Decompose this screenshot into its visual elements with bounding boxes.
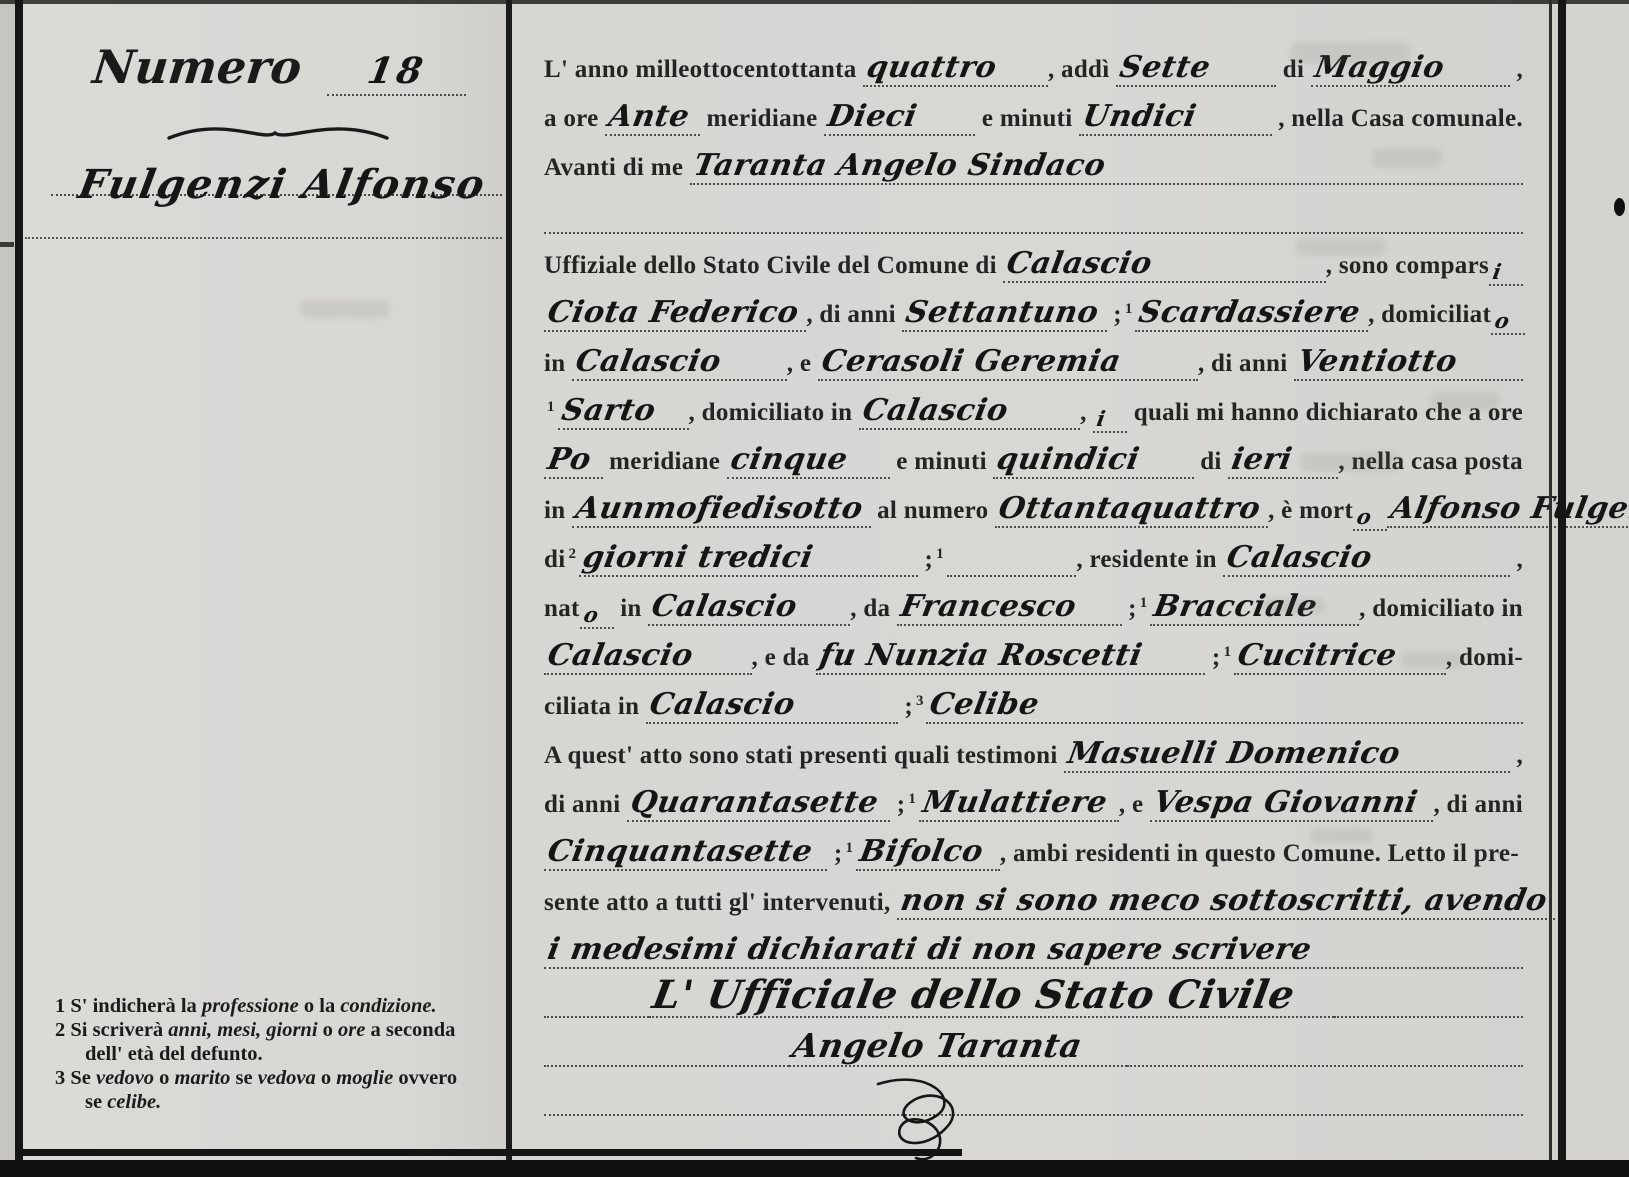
- handwritten-entry: L' Ufficiale dello Stato Civile: [649, 974, 1334, 1018]
- act-line: Ciota Federico, di anni Settantuno ;1Sca…: [544, 283, 1523, 332]
- ink-text: Cerasoli Geremia: [819, 345, 1124, 379]
- act-line: 1Sarto, domiciliato in Calascio, i quali…: [544, 381, 1523, 430]
- bleedthrough-smudge: [1300, 452, 1400, 472]
- handwritten-entry: Cinquantasette: [544, 835, 827, 871]
- printed-text: meridiane: [700, 105, 824, 136]
- footnote-line: 1 S' indicherà la professione o la condi…: [55, 994, 493, 1018]
- printed-text: , addì: [1048, 56, 1116, 87]
- ink-blot: [1614, 198, 1625, 216]
- act-line: a ore Ante meridiane Dieci e minuti Undi…: [544, 87, 1523, 136]
- ink-text: fu Nunzia Roscetti: [817, 639, 1145, 673]
- printed-text: , domiciliat: [1368, 301, 1491, 332]
- footnote-text: S' indicherà la: [70, 995, 202, 1017]
- handwritten-letter: i: [1093, 408, 1127, 433]
- printed-text: ciliata in: [544, 693, 646, 724]
- bleedthrough-smudge: [1400, 652, 1464, 668]
- handwritten-entry: quattro: [863, 51, 1048, 87]
- handwritten-entry: Ante: [605, 100, 700, 136]
- ink-text: Alfonso Fulgenzi: [1388, 492, 1629, 526]
- ink-text: Angelo Taranta: [790, 1027, 1086, 1065]
- ink-text: Calascio: [647, 688, 798, 722]
- printed-text: al numero: [871, 497, 995, 528]
- handwritten-entry: Masuelli Domenico: [1064, 737, 1510, 773]
- handwritten-entry: Calascio: [648, 590, 850, 626]
- printed-text: , e: [787, 350, 818, 381]
- footnote-text: se: [85, 1091, 107, 1113]
- ink-text: Ottantaquattro: [996, 492, 1263, 526]
- bottom-border-band: [0, 1160, 1629, 1177]
- handwritten-entry: Dieci: [824, 100, 975, 136]
- footnote-marker: 1: [842, 840, 856, 857]
- footnote-line: se celibe.: [55, 1090, 493, 1114]
- handwritten-letter: i: [1489, 261, 1523, 286]
- ink-text: Ciota Federico: [545, 296, 801, 330]
- left-border-line: [15, 0, 23, 1160]
- footnote-text: anni, mesi, giorni: [168, 1019, 317, 1041]
- handwritten-entry: Settantuno: [902, 296, 1106, 332]
- ink-text: Undici: [1080, 100, 1199, 134]
- printed-text: di anni: [544, 791, 627, 822]
- footnote-text: moglie: [336, 1067, 393, 1089]
- handwritten-entry: giorni tredici: [579, 541, 918, 577]
- handwritten-entry: fu Nunzia Roscetti: [816, 639, 1205, 675]
- footnote-text: Se: [70, 1067, 96, 1089]
- printed-text: , di anni: [1198, 350, 1294, 381]
- handwritten-entry: Sette: [1116, 51, 1276, 87]
- printed-text: ;: [890, 791, 905, 822]
- handwritten-entry: Quarantasette: [627, 786, 890, 822]
- act-line: sente atto a tutti gl' intervenuti, non …: [544, 871, 1523, 920]
- dotted-leader: [1127, 1065, 1523, 1067]
- footnote-marker: 1: [544, 399, 558, 416]
- printed-text: ;: [918, 546, 933, 577]
- printed-text: e minuti: [975, 105, 1079, 136]
- printed-text: , residente in: [1076, 546, 1223, 577]
- dotted-leader: [544, 1065, 789, 1067]
- act-line: in Calascio, e Cerasoli Geremia, di anni…: [544, 332, 1523, 381]
- footnote-text: celibe.: [107, 1091, 161, 1113]
- footnote-number: 1: [55, 995, 70, 1017]
- ink-text: i medesimi dichiarati di non sapere scri…: [545, 933, 1314, 967]
- ink-text: Cinquantasette: [545, 835, 815, 869]
- ink-text: non si sono meco sottoscritti, avendo: [898, 884, 1550, 918]
- handwritten-entry: Calascio: [646, 688, 898, 724]
- footnote-text: o: [154, 1067, 175, 1089]
- ink-text: o: [1493, 310, 1511, 332]
- ink-text: Taranta Angelo Sindaco: [691, 149, 1108, 183]
- act-line: di2giorni tredici ;1, residente in Calas…: [544, 528, 1523, 577]
- footnote-line: 3 Se vedovo o marito se vedova o moglie …: [55, 1066, 493, 1090]
- ink-text: Scardassiere: [1136, 296, 1363, 330]
- act-line: Angelo Taranta: [544, 1018, 1523, 1067]
- right-border-line-outer: [1558, 0, 1566, 1177]
- handwritten-entry: Calascio: [1223, 541, 1509, 577]
- handwritten-entry: Aunmofiedisotto: [572, 492, 871, 528]
- ink-text: giorni tredici: [580, 541, 816, 575]
- margin-column: Numero 18 Fulgenzi Alfonso 1 S' indicher…: [23, 0, 506, 1160]
- printed-text: L' anno milleottocentottanta: [544, 56, 863, 87]
- printed-text: sente atto a tutti gl' intervenuti,: [544, 889, 897, 920]
- bleedthrough-smudge: [1290, 42, 1410, 64]
- handwritten-entry: quindici: [993, 443, 1193, 479]
- printed-text: , di anni: [1433, 791, 1523, 822]
- footnote-marker: 1: [905, 791, 919, 808]
- printed-text: Uffiziale dello Stato Civile del Comune …: [544, 252, 1003, 283]
- handwritten-entry: Angelo Taranta: [789, 1027, 1128, 1067]
- record-name-line: Fulgenzi Alfonso: [51, 128, 502, 196]
- handwritten-entry: Vespa Giovanni: [1150, 786, 1434, 822]
- footnote-text: a seconda: [365, 1019, 455, 1041]
- ink-text: Sarto: [559, 394, 658, 428]
- page-left-edge: [0, 0, 15, 1177]
- ink-text: Settantuno: [903, 296, 1101, 330]
- ink-text: Ventiotto: [1295, 345, 1460, 379]
- ink-text: Masuelli Domenico: [1065, 737, 1403, 771]
- ink-text: Vespa Giovanni: [1151, 786, 1420, 820]
- footnote-text: o: [316, 1067, 337, 1089]
- printed-text: meridiane: [603, 448, 727, 479]
- bleedthrough-smudge: [300, 300, 390, 318]
- ink-text: i: [1491, 261, 1503, 283]
- handwritten-entry: non si sono meco sottoscritti, avendo: [897, 884, 1555, 920]
- act-line: nato in Calascio, da Francesco ;1Braccia…: [544, 577, 1523, 626]
- edge-mark: [0, 242, 14, 247]
- printed-text: in: [614, 595, 649, 626]
- footnote-marker: 1: [1221, 644, 1235, 661]
- ink-text: Celibe: [927, 688, 1042, 722]
- footnote-text: vedova: [258, 1067, 316, 1089]
- numero-row: Numero 18: [23, 0, 506, 96]
- ink-text: o: [1355, 506, 1373, 528]
- ink-text: i: [1095, 408, 1107, 430]
- handwritten-entry: Scardassiere: [1135, 296, 1368, 332]
- act-line: i medesimi dichiarati di non sapere scri…: [544, 920, 1523, 969]
- footnote-text: o la: [299, 995, 341, 1017]
- bleedthrough-smudge: [1310, 828, 1374, 844]
- handwritten-entry: Po: [544, 443, 603, 479]
- act-line: in Aunmofiedisotto al numero Ottantaquat…: [544, 479, 1523, 528]
- handwritten-entry: Ottantaquattro: [995, 492, 1268, 528]
- printed-text: , di anni: [806, 301, 902, 332]
- ink-text: Cucitrice: [1235, 639, 1399, 673]
- bleedthrough-smudge: [1430, 392, 1500, 410]
- ink-text: Ante: [606, 100, 692, 134]
- page-right-edge: [1566, 0, 1629, 1177]
- printed-text: ;: [1122, 595, 1137, 626]
- handwritten-entry: Undici: [1079, 100, 1272, 136]
- bleedthrough-smudge: [1372, 148, 1442, 168]
- ink-text: Calascio: [649, 590, 800, 624]
- ink-text: quindici: [994, 443, 1142, 477]
- column-divider-line: [506, 0, 512, 1160]
- footnotes-block: 1 S' indicherà la professione o la condi…: [55, 994, 493, 1114]
- footnote-number: 3: [55, 1067, 70, 1089]
- act-line: ciliata in Calascio ;3Celibe: [544, 675, 1523, 724]
- ink-text: Francesco: [898, 590, 1079, 624]
- ink-text: Sette: [1117, 51, 1213, 85]
- printed-text: , domiciliato in: [1359, 595, 1523, 626]
- printed-text: , domiciliato in: [689, 399, 859, 430]
- printed-text: di: [544, 546, 565, 577]
- ink-text: Bifolco: [857, 835, 986, 869]
- dotted-leader: [544, 1016, 649, 1018]
- ink-text: L' Ufficiale dello Stato Civile: [649, 974, 1298, 1016]
- bleedthrough-smudge: [1296, 238, 1386, 256]
- act-line: [544, 185, 1523, 234]
- handwritten-entry: i medesimi dichiarati di non sapere scri…: [544, 933, 1523, 969]
- printed-text: , e: [1119, 791, 1150, 822]
- printed-text: ,: [1510, 546, 1523, 577]
- handwritten-entry: cinque: [727, 443, 890, 479]
- footnote-marker: 2: [565, 546, 579, 563]
- act-line: Calascio, e da fu Nunzia Roscetti ;1Cuci…: [544, 626, 1523, 675]
- act-line: A quest' atto sono stati presenti quali …: [544, 724, 1523, 773]
- printed-text: ;: [1107, 301, 1122, 332]
- right-border-line-inner: [1549, 0, 1552, 1177]
- act-line: L' Ufficiale dello Stato Civile: [544, 969, 1523, 1018]
- footnote-box-border: [15, 1149, 962, 1156]
- dotted-leader: [1334, 1016, 1523, 1018]
- act-line: di anni Quarantasette ;1Mulattiere, e Ve…: [544, 773, 1523, 822]
- printed-text: in: [544, 350, 572, 381]
- footnote-number: 2: [55, 1019, 70, 1041]
- footnote-line: dell' età del defunto.: [55, 1042, 493, 1066]
- printed-text: di: [1194, 448, 1229, 479]
- footnote-text: marito: [175, 1067, 231, 1089]
- dotted-leader: [947, 575, 1077, 577]
- printed-text: Avanti di me: [544, 154, 690, 185]
- death-record-page: Numero 18 Fulgenzi Alfonso 1 S' indicher…: [0, 0, 1629, 1177]
- footnote-text: dell' età del defunto.: [85, 1043, 263, 1065]
- handwritten-entry: Ventiotto: [1294, 345, 1523, 381]
- handwritten-letter: o: [580, 604, 614, 629]
- act-line: Cinquantasette ;1Bifolco, ambi residenti…: [544, 822, 1523, 871]
- handwritten-entry: Calascio: [859, 394, 1080, 430]
- ink-text: quattro: [864, 51, 999, 85]
- footnote-text: ore: [338, 1019, 365, 1041]
- printed-text: e minuti: [890, 448, 994, 479]
- top-border-line: [0, 0, 1629, 4]
- footnote-marker: 3: [913, 693, 927, 710]
- handwritten-entry: Cerasoli Geremia: [818, 345, 1198, 381]
- act-lines: L' anno milleottocentottanta quattro, ad…: [544, 38, 1523, 1116]
- footnote-line: 2 Si scriverà anni, mesi, giorni o ore a…: [55, 1018, 493, 1042]
- act-body-column: L' anno milleottocentottanta quattro, ad…: [512, 0, 1549, 1160]
- ink-text: Quarantasette: [628, 786, 881, 820]
- ink-text: ieri: [1229, 443, 1295, 477]
- footnote-text: vedovo: [96, 1067, 154, 1089]
- footnote-text: ovvero: [393, 1067, 457, 1089]
- printed-text: ,: [1080, 399, 1093, 430]
- footnote-marker: 1: [1137, 595, 1151, 612]
- handwritten-letter: o: [1353, 506, 1387, 531]
- handwritten-entry: Calascio: [1003, 247, 1325, 283]
- ink-text: Dieci: [825, 100, 920, 134]
- ink-text: Calascio: [1004, 247, 1155, 281]
- ink-text: Calascio: [1224, 541, 1375, 575]
- handwritten-entry: Bracciale: [1150, 590, 1359, 626]
- printed-text: , da: [850, 595, 897, 626]
- printed-text: ,: [1510, 742, 1523, 773]
- dotted-rule: [25, 237, 502, 239]
- handwritten-entry: Celibe: [926, 688, 1523, 724]
- numero-value: 18: [364, 50, 430, 92]
- footnote-text: Si scriverà: [70, 1019, 168, 1041]
- printed-text: , sono compars: [1326, 252, 1489, 283]
- ink-text: Calascio: [573, 345, 724, 379]
- printed-text: , è mort: [1268, 497, 1353, 528]
- printed-text: nat: [544, 595, 580, 626]
- printed-text: ;: [898, 693, 913, 724]
- handwritten-entry: Bifolco: [856, 835, 1000, 871]
- handwritten-entry: Sarto: [558, 394, 689, 430]
- handwritten-letter: o: [1491, 310, 1525, 335]
- ink-text: Calascio: [545, 639, 696, 673]
- handwritten-entry: Alfonso Fulgenzi: [1387, 492, 1629, 528]
- ink-text: Aunmofiedisotto: [573, 492, 866, 526]
- handwritten-entry: Calascio: [572, 345, 787, 381]
- numero-value-leader: 18: [327, 50, 466, 96]
- printed-text: A quest' atto sono stati presenti quali …: [544, 742, 1064, 773]
- footnote-text: condizione.: [340, 995, 436, 1017]
- signature-flourish-icon: [860, 1072, 1050, 1172]
- handwritten-entry: Francesco: [897, 590, 1122, 626]
- footnote-marker: 1: [933, 546, 947, 563]
- numero-label: Numero: [90, 40, 304, 94]
- footnote-text: professione: [202, 995, 299, 1017]
- printed-text: a ore: [544, 105, 605, 136]
- record-name: Fulgenzi Alfonso: [75, 161, 490, 208]
- footnote-text: o: [318, 1019, 339, 1041]
- handwritten-entry: Calascio: [544, 639, 752, 675]
- ink-text: o: [582, 604, 600, 626]
- printed-text: , nella Casa comunale.: [1272, 105, 1523, 136]
- dotted-leader: [544, 232, 1523, 234]
- printed-text: , ambi residenti in questo Comune. Letto…: [1000, 840, 1519, 871]
- printed-text: , e da: [752, 644, 817, 675]
- printed-text: in: [544, 497, 572, 528]
- printed-text: ;: [827, 840, 842, 871]
- handwritten-entry: Ciota Federico: [544, 296, 806, 332]
- bleedthrough-smudge: [1262, 598, 1326, 614]
- printed-text: ;: [1205, 644, 1220, 675]
- footnote-text: se: [230, 1067, 257, 1089]
- ink-text: Calascio: [860, 394, 1011, 428]
- footnote-marker: 1: [1122, 301, 1136, 318]
- printed-text: ,: [1510, 56, 1523, 87]
- ink-text: Po: [545, 443, 594, 477]
- ink-text: cinque: [728, 443, 850, 477]
- ink-text: Mulattiere: [920, 786, 1110, 820]
- handwritten-entry: Mulattiere: [919, 786, 1119, 822]
